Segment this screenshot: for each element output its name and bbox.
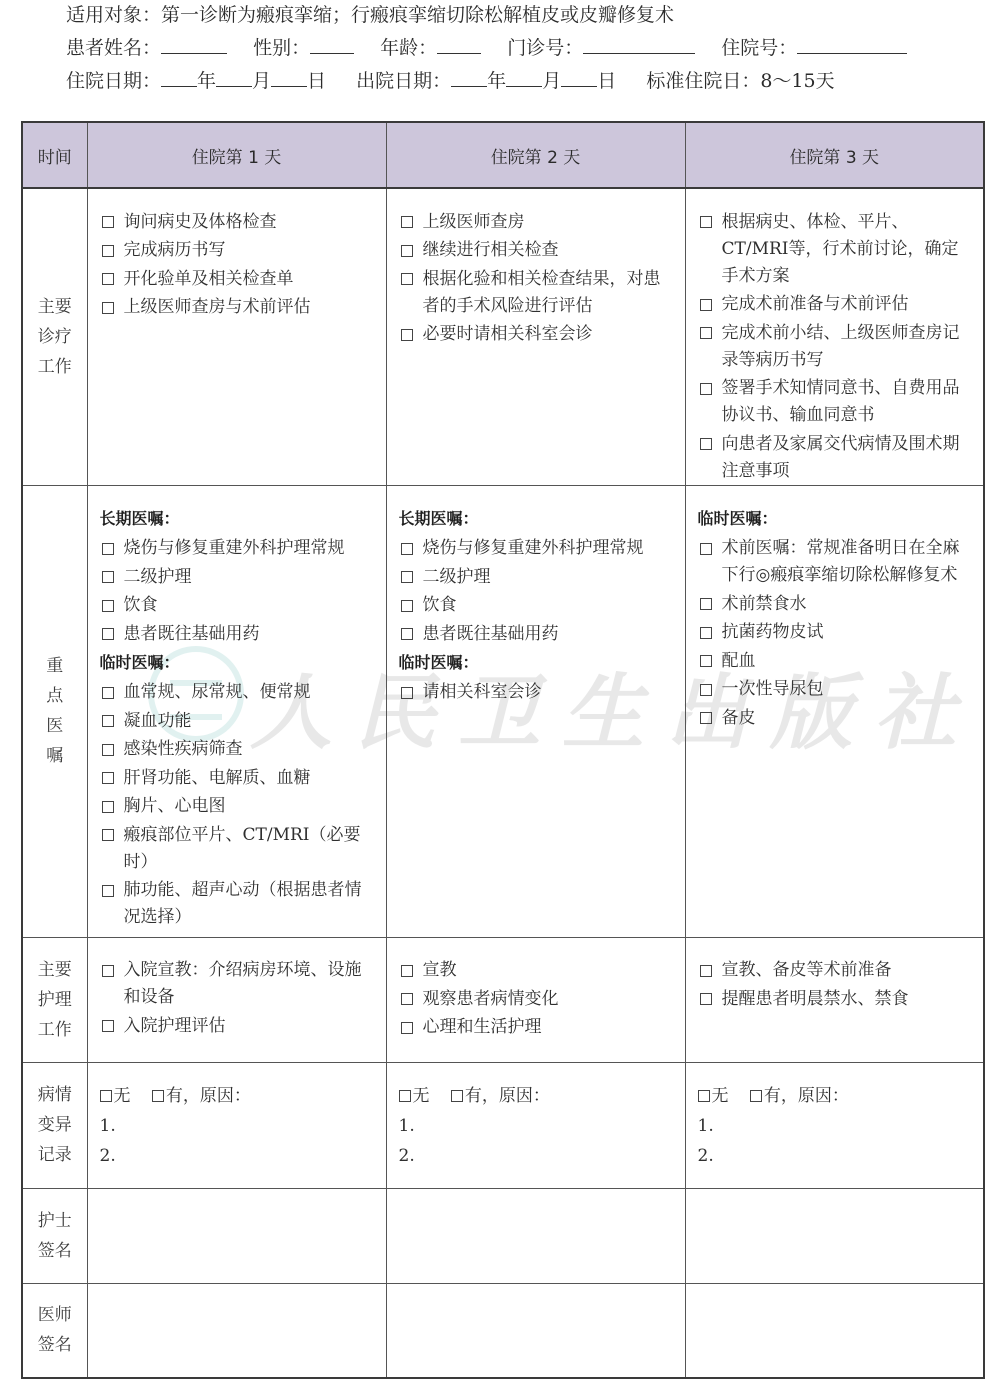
checkbox-icon[interactable]	[102, 715, 114, 727]
patient-name-field[interactable]: 患者姓名：	[66, 32, 227, 65]
checkbox-icon[interactable]	[102, 885, 114, 897]
nursing-work-day3: 宣教、备皮等术前准备 提醒患者明晨禁水、禁食	[685, 937, 984, 1062]
inpatient-number-field[interactable]: 住院号：	[721, 32, 907, 65]
main-work-label: 主要诊疗工作	[22, 188, 87, 485]
checkbox-icon[interactable]	[401, 571, 413, 583]
standard-stay: 标准住院日：8～15天	[646, 70, 834, 92]
variation-reason-2[interactable]: 2.	[100, 1141, 376, 1171]
variation-day3: 无 有，原因： 1. 2.	[685, 1062, 984, 1188]
checklist-item[interactable]: 根据病史、体检、平片、CT/MRI等，行术前讨论，确定手术方案	[698, 207, 974, 290]
nursing-work-row: 主要护理工作 入院宣教：介绍病房环境、设施和设备 入院护理评估 宣教 观察患者病…	[22, 937, 984, 1062]
admission-year-blank[interactable]	[161, 68, 197, 87]
checklist-item[interactable]: 饮食	[100, 591, 376, 620]
variation-day1: 无 有，原因： 1. 2.	[87, 1062, 386, 1188]
main-work-day1: 询问病史及体格检查 完成病历书写 开化验单及相关检查单 上级医师查房与术前评估	[87, 188, 386, 485]
variation-yes-option[interactable]: 有，原因：	[750, 1081, 849, 1111]
checkbox-icon[interactable]	[401, 273, 413, 285]
checkbox-icon[interactable]	[401, 329, 413, 341]
checklist-item[interactable]: 请相关科室会诊	[399, 678, 675, 707]
variation-reason-1[interactable]: 1.	[399, 1111, 675, 1141]
long-term-orders-heading: 长期医嘱：	[399, 504, 675, 534]
nursing-work-day2: 宣教 观察患者病情变化 心理和生活护理	[386, 937, 685, 1062]
document-header: 适用对象：第一诊断为瘢痕挛缩；行瘢痕挛缩切除松解植皮或皮瓣修复术 患者姓名： 性…	[66, 0, 986, 98]
checkbox-icon[interactable]	[698, 1090, 710, 1102]
checklist-item[interactable]: 心理和生活护理	[399, 1013, 675, 1042]
temporary-orders-heading: 临时医嘱：	[399, 648, 675, 678]
checklist-item[interactable]: 瘢痕部位平片、CT/MRI（必要时）	[100, 820, 376, 876]
outpatient-number-field[interactable]: 门诊号：	[507, 32, 695, 65]
checklist-item[interactable]: 胸片、心电图	[100, 792, 376, 821]
nurse-signature-label: 护士签名	[22, 1188, 87, 1283]
nurse-signature-day3[interactable]	[685, 1188, 984, 1283]
checklist-item[interactable]: 术前医嘱：常规准备明日在全麻下行◎瘢痕挛缩切除松解修复术	[698, 534, 974, 590]
checkbox-icon[interactable]	[401, 600, 413, 612]
checklist-item[interactable]: 必要时请相关科室会诊	[399, 320, 675, 349]
checklist-item[interactable]: 上级医师查房	[399, 207, 675, 236]
nurse-signature-day1[interactable]	[87, 1188, 386, 1283]
checklist-item[interactable]: 宣教、备皮等术前准备	[698, 956, 974, 985]
checklist-item[interactable]: 观察患者病情变化	[399, 984, 675, 1013]
key-orders-day2: 长期医嘱： 烧伤与修复重建外科护理常规 二级护理 饮食 患者既往基础用药 临时医…	[386, 485, 685, 937]
checklist-item[interactable]: 签署手术知情同意书、自费用品协议书、输血同意书	[698, 374, 974, 430]
checkbox-icon[interactable]	[700, 627, 712, 639]
checklist-item[interactable]: 烧伤与修复重建外科护理常规	[100, 534, 376, 563]
checkbox-icon[interactable]	[401, 245, 413, 257]
checkbox-icon[interactable]	[700, 216, 712, 228]
variation-label: 病情变异记录	[22, 1062, 87, 1188]
checkbox-icon[interactable]	[700, 993, 712, 1005]
checklist-item[interactable]: 患者既往基础用药	[399, 619, 675, 648]
checkbox-icon[interactable]	[102, 216, 114, 228]
temporary-orders-heading: 临时医嘱：	[100, 648, 376, 678]
checkbox-icon[interactable]	[401, 687, 413, 699]
nursing-work-label: 主要护理工作	[22, 937, 87, 1062]
checkbox-icon[interactable]	[700, 684, 712, 696]
checklist-item[interactable]: 二级护理	[100, 562, 376, 591]
discharge-day-blank[interactable]	[561, 68, 597, 87]
checkbox-icon[interactable]	[102, 600, 114, 612]
scope-line: 适用对象：第一诊断为瘢痕挛缩；行瘢痕挛缩切除松解植皮或皮瓣修复术	[66, 0, 986, 32]
variation-none-option[interactable]: 无	[100, 1081, 131, 1111]
variation-day2: 无 有，原因： 1. 2.	[386, 1062, 685, 1188]
checklist-item[interactable]: 询问病史及体格检查	[100, 207, 376, 236]
checklist-item[interactable]: 配血	[698, 646, 974, 675]
main-work-row: 主要诊疗工作 询问病史及体格检查 完成病历书写 开化验单及相关检查单 上级医师查…	[22, 188, 984, 485]
checkbox-icon[interactable]	[102, 302, 114, 314]
checklist-item[interactable]: 入院护理评估	[100, 1011, 376, 1040]
checklist-item[interactable]: 感染性疾病筛查	[100, 735, 376, 764]
variation-reason-1[interactable]: 1.	[698, 1111, 974, 1141]
checkbox-icon[interactable]	[102, 628, 114, 640]
checkbox-icon[interactable]	[700, 655, 712, 667]
gender-blank[interactable]	[310, 35, 354, 54]
checklist-item[interactable]: 肝肾功能、电解质、血糖	[100, 763, 376, 792]
dates-line: 住院日期：年月日 出院日期：年月日 标准住院日：8～15天	[66, 65, 986, 98]
checklist-item[interactable]: 完成病历书写	[100, 236, 376, 265]
key-orders-day1: 长期医嘱： 烧伤与修复重建外科护理常规 二级护理 饮食 患者既往基础用药 临时医…	[87, 485, 386, 937]
checklist-item[interactable]: 术前禁食水	[698, 589, 974, 618]
checkbox-icon[interactable]	[102, 543, 114, 555]
checklist-item[interactable]: 血常规、尿常规、便常规	[100, 678, 376, 707]
checkbox-icon[interactable]	[102, 1020, 114, 1032]
checkbox-icon[interactable]	[399, 1090, 411, 1102]
key-orders-label: 重点医嘱	[22, 485, 87, 937]
main-work-day2: 上级医师查房 继续进行相关检查 根据化验和相关检查结果，对患者的手术风险进行评估…	[386, 188, 685, 485]
nurse-signature-day2[interactable]	[386, 1188, 685, 1283]
doctor-signature-day2[interactable]	[386, 1283, 685, 1378]
checklist-item[interactable]: 向患者及家属交代病情及围术期注意事项	[698, 429, 974, 485]
checkbox-icon[interactable]	[152, 1090, 164, 1102]
day3-header: 住院第 3 天	[685, 122, 984, 188]
variation-yes-option[interactable]: 有，原因：	[451, 1081, 550, 1111]
checklist-item[interactable]: 入院宣教：介绍病房环境、设施和设备	[100, 956, 376, 1012]
long-term-orders-heading: 长期医嘱：	[100, 504, 376, 534]
admission-day-blank[interactable]	[271, 68, 307, 87]
checkbox-icon[interactable]	[700, 327, 712, 339]
checkbox-icon[interactable]	[700, 299, 712, 311]
checklist-item[interactable]: 二级护理	[399, 562, 675, 591]
doctor-signature-row: 医师签名	[22, 1283, 984, 1378]
checkbox-icon[interactable]	[102, 571, 114, 583]
checklist-item[interactable]: 宣教	[399, 956, 675, 985]
checklist-item[interactable]: 抗菌药物皮试	[698, 618, 974, 647]
day1-header: 住院第 1 天	[87, 122, 386, 188]
doctor-signature-day3[interactable]	[685, 1283, 984, 1378]
nurse-signature-row: 护士签名	[22, 1188, 984, 1283]
checkbox-icon[interactable]	[102, 245, 114, 257]
checkbox-icon[interactable]	[700, 383, 712, 395]
checklist-item[interactable]: 饮食	[399, 591, 675, 620]
checkbox-icon[interactable]	[102, 772, 114, 784]
discharge-year-blank[interactable]	[451, 68, 487, 87]
variation-yes-option[interactable]: 有，原因：	[152, 1081, 251, 1111]
temporary-orders-heading: 临时医嘱：	[698, 504, 974, 534]
checklist-item[interactable]: 完成术前小结、上级医师查房记录等病历书写	[698, 318, 974, 374]
checkbox-icon[interactable]	[401, 628, 413, 640]
checkbox-icon[interactable]	[102, 687, 114, 699]
age-blank[interactable]	[437, 35, 481, 54]
patient-name-blank[interactable]	[161, 35, 227, 54]
variation-none-option[interactable]: 无	[399, 1081, 430, 1111]
variation-reason-2[interactable]: 2.	[698, 1141, 974, 1171]
key-orders-row: 重点医嘱 长期医嘱： 烧伤与修复重建外科护理常规 二级护理 饮食 患者既往基础用…	[22, 485, 984, 937]
checklist-item[interactable]: 完成术前准备与术前评估	[698, 290, 974, 319]
checkbox-icon[interactable]	[102, 965, 114, 977]
patient-info-line: 患者姓名： 性别： 年龄： 门诊号： 住院号：	[66, 32, 986, 65]
checkbox-icon[interactable]	[401, 1022, 413, 1034]
variation-row: 病情变异记录 无 有，原因： 1. 2. 无 有，原因： 1. 2. 无 有，原…	[22, 1062, 984, 1188]
doctor-signature-day1[interactable]	[87, 1283, 386, 1378]
age-field[interactable]: 年龄：	[380, 32, 481, 65]
checklist-item[interactable]: 凝血功能	[100, 706, 376, 735]
admission-date-label: 住院日期：	[66, 70, 161, 92]
admission-month-blank[interactable]	[216, 68, 252, 87]
checkbox-icon[interactable]	[401, 965, 413, 977]
checklist-item[interactable]: 开化验单及相关检查单	[100, 264, 376, 293]
header-row: 时间 住院第 1 天 住院第 2 天 住院第 3 天	[22, 122, 984, 188]
checkbox-icon[interactable]	[102, 744, 114, 756]
checklist-item[interactable]: 备皮	[698, 703, 974, 732]
variation-reason-2[interactable]: 2.	[399, 1141, 675, 1171]
checkbox-icon[interactable]	[401, 216, 413, 228]
checkbox-icon[interactable]	[700, 598, 712, 610]
variation-reason-1[interactable]: 1.	[100, 1111, 376, 1141]
checkbox-icon[interactable]	[700, 438, 712, 450]
checkbox-icon[interactable]	[100, 1090, 112, 1102]
checkbox-icon[interactable]	[102, 273, 114, 285]
outpatient-number-blank[interactable]	[583, 35, 695, 54]
doctor-signature-label: 医师签名	[22, 1283, 87, 1378]
nursing-work-day1: 入院宣教：介绍病房环境、设施和设备 入院护理评估	[87, 937, 386, 1062]
gender-field[interactable]: 性别：	[253, 32, 354, 65]
main-work-day3: 根据病史、体检、平片、CT/MRI等，行术前讨论，确定手术方案 完成术前准备与术…	[685, 188, 984, 485]
time-header: 时间	[22, 122, 87, 188]
checklist-item[interactable]: 上级医师查房与术前评估	[100, 293, 376, 322]
inpatient-number-blank[interactable]	[797, 35, 907, 54]
variation-none-option[interactable]: 无	[698, 1081, 729, 1111]
checkbox-icon[interactable]	[401, 993, 413, 1005]
checkbox-icon[interactable]	[700, 965, 712, 977]
checkbox-icon[interactable]	[102, 829, 114, 841]
discharge-date-label: 出院日期：	[356, 70, 451, 92]
checkbox-icon[interactable]	[451, 1090, 463, 1102]
checklist-item[interactable]: 根据化验和相关检查结果，对患者的手术风险进行评估	[399, 264, 675, 320]
checkbox-icon[interactable]	[700, 543, 712, 555]
key-orders-day3: 临时医嘱： 术前医嘱：常规准备明日在全麻下行◎瘢痕挛缩切除松解修复术 术前禁食水…	[685, 485, 984, 937]
checkbox-icon[interactable]	[102, 801, 114, 813]
checkbox-icon[interactable]	[401, 543, 413, 555]
checkbox-icon[interactable]	[750, 1090, 762, 1102]
checklist-item[interactable]: 肺功能、超声心动（根据患者情况选择）	[100, 876, 376, 932]
checklist-item[interactable]: 一次性导尿包	[698, 675, 974, 704]
checklist-item[interactable]: 提醒患者明晨禁水、禁食	[698, 984, 974, 1013]
clinical-pathway-table: 时间 住院第 1 天 住院第 2 天 住院第 3 天 主要诊疗工作 询问病史及体…	[21, 121, 985, 1379]
discharge-month-blank[interactable]	[506, 68, 542, 87]
checklist-item[interactable]: 患者既往基础用药	[100, 619, 376, 648]
checklist-item[interactable]: 烧伤与修复重建外科护理常规	[399, 534, 675, 563]
day2-header: 住院第 2 天	[386, 122, 685, 188]
checklist-item[interactable]: 继续进行相关检查	[399, 236, 675, 265]
checkbox-icon[interactable]	[700, 712, 712, 724]
